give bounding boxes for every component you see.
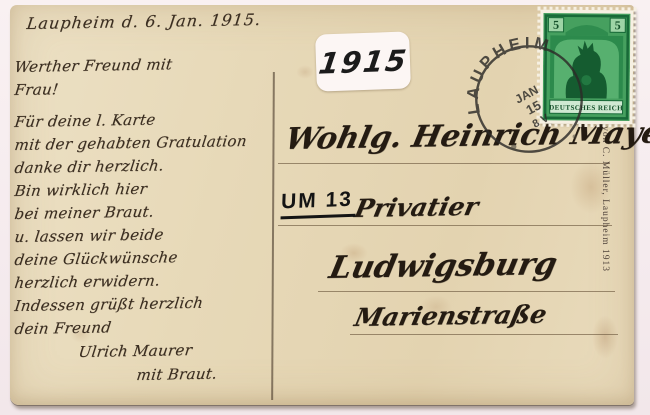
address-rule-line	[278, 225, 612, 226]
message-signature: Ulrich Maurer	[77, 338, 276, 364]
message-signature: mit Braut.	[135, 362, 276, 387]
address-rule-line	[318, 291, 615, 292]
street-handwriting: Marienstraße	[352, 300, 549, 332]
ink-speck	[511, 144, 516, 149]
um13-annotation: UM 13	[281, 188, 357, 220]
address-rule-line	[350, 334, 618, 335]
stamp-denomination-right: 5	[615, 18, 621, 32]
year-sticker-text: 1915	[316, 43, 409, 80]
message-line: Frau!	[13, 74, 276, 102]
postcard-scan: Laupheim d. 6. Jan. 1915. Werther Freund…	[0, 0, 650, 415]
message-line: dein Freund	[13, 313, 276, 341]
occupation-handwriting: Privatier	[352, 192, 481, 223]
postmark-town-text: LAUPHEIM	[453, 23, 570, 121]
year-sticker: 1915	[315, 31, 411, 91]
postmark: LAUPHEIM JAN 15 8 V	[453, 23, 605, 175]
message-block: Werther Freund mit Frau! Für deine l. Ka…	[16, 56, 276, 387]
city-handwriting: Ludwigsburg	[326, 246, 560, 286]
ink-speck	[573, 134, 577, 138]
svg-text:LAUPHEIM: LAUPHEIM	[453, 23, 570, 121]
